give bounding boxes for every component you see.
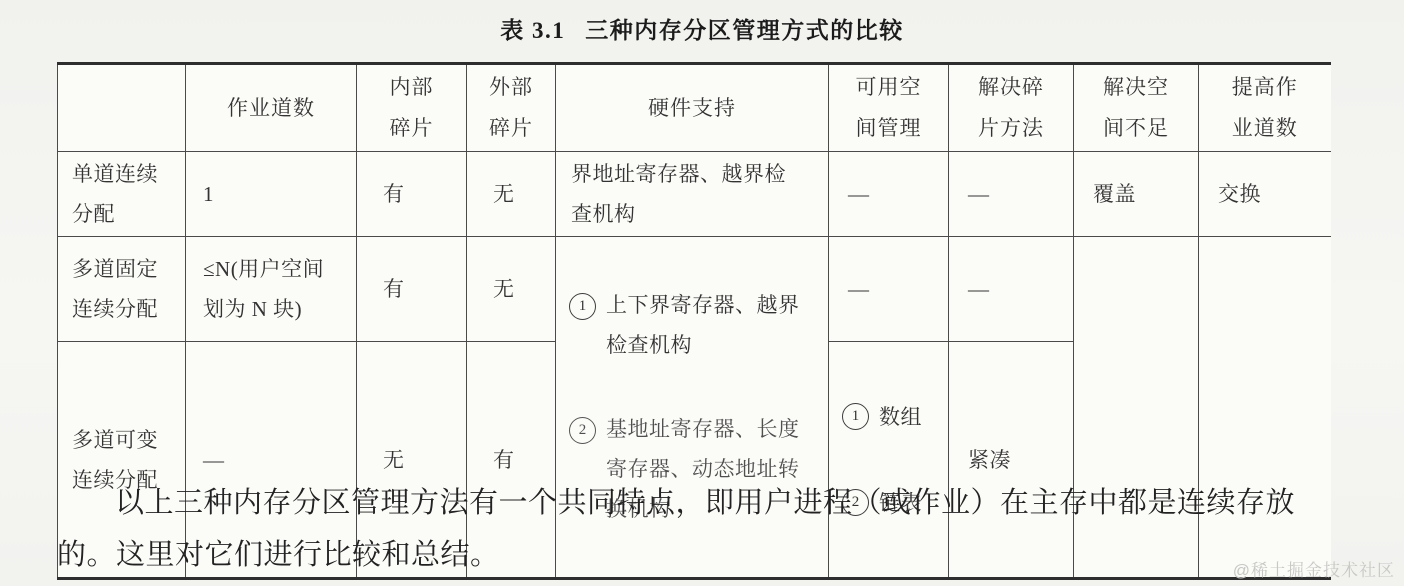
header-frag-solution: 解决碎 片方法 [949,64,1074,152]
space-mgmt-item-text: 数组 [879,397,922,437]
scanned-textbook-page: 表 3.1三种内存分区管理方式的比较 作业道数 内部 碎片 外部 碎片 硬件支持… [0,0,1404,586]
hardware-text: 界地址寄存器、越界检查机构 [571,154,791,234]
table-caption: 三种内存分区管理方式的比较 [585,18,904,43]
header-internal-frag: 内部 碎片 [357,64,467,152]
hardware-cell: 界地址寄存器、越界检查机构 [556,152,829,237]
header-space-shortage: 解决空 间不足 [1074,64,1199,152]
external-frag-cell: 无 [467,152,556,237]
space-mgmt-cell: — [829,237,949,342]
row-single-continuous: 单道连续 分配 1 有 无 界地址寄存器、越界检查机构 — — 覆盖 交换 [58,152,1331,237]
hardware-item-text: 上下界寄存器、越界检查机构 [606,285,802,365]
header-increase-jobs: 提高作 业道数 [1199,64,1331,152]
table-title: 表 3.1三种内存分区管理方式的比较 [0,12,1404,45]
header-jobs: 作业道数 [186,64,357,152]
external-frag-cell: 无 [467,237,556,342]
circled-number-icon: 1 [569,293,596,320]
row-label-cell: 单道连续 分配 [58,152,186,237]
space-mgmt-cell: — [829,152,949,237]
paragraph-line: 的。这里对它们进行比较和总结。 [57,529,1387,581]
row-label-cell: 多道固定 连续分配 [58,237,186,342]
increase-jobs-cell: 交换 [1199,152,1331,237]
space-mgmt-item-1: 1 数组 [829,394,948,440]
frag-solution-cell: — [949,152,1074,237]
header-hardware: 硬件支持 [556,64,829,152]
paragraph-line: 以上三种内存分区管理方法有一个共同特点，即用户进程（或作业）在主存中都是连续存放 [57,477,1387,529]
header-space-mgmt: 可用空 间管理 [829,64,949,152]
circled-number-icon: 1 [842,403,869,430]
internal-frag-cell: 有 [357,237,467,342]
jobs-cell: ≤N(用户空间 划为 N 块) [186,237,357,342]
hardware-item-1: 1 上下界寄存器、越界检查机构 [556,283,828,367]
header-corner [58,64,186,152]
jobs-cell: 1 [186,152,357,237]
space-shortage-cell: 覆盖 [1074,152,1199,237]
frag-solution-cell: — [949,237,1074,342]
internal-frag-cell: 有 [357,152,467,237]
table-number: 表 3.1 [500,18,565,43]
body-paragraph: 以上三种内存分区管理方法有一个共同特点，即用户进程（或作业）在主存中都是连续存放… [57,477,1387,581]
header-row: 作业道数 内部 碎片 外部 碎片 硬件支持 可用空 间管理 解决碎 片方法 解决… [58,64,1331,152]
row-multi-fixed: 多道固定 连续分配 ≤N(用户空间 划为 N 块) 有 无 1 上下界寄存器、越… [58,237,1331,342]
watermark: @稀土掘金技术社区 [1233,556,1395,581]
header-external-frag: 外部 碎片 [467,64,556,152]
circled-number-icon: 2 [569,417,596,444]
